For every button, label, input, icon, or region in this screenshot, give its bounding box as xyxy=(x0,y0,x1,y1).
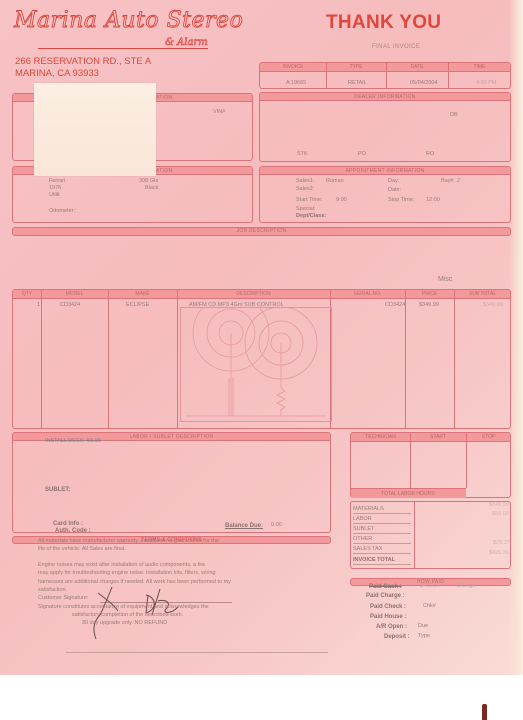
materials-label: MATERIALS xyxy=(353,507,411,514)
balance-due-value: 0.00 xyxy=(271,523,282,529)
labor-total-label: LABOR xyxy=(353,517,411,524)
make-col-header: MAKE xyxy=(108,290,177,298)
bottom-rule xyxy=(66,652,328,653)
paper-edge xyxy=(509,0,523,675)
item-serial: CD3424 xyxy=(385,303,405,309)
paid-charge-label: Paid Charge : xyxy=(366,593,405,599)
terms-line-6: satisfaction. xyxy=(38,588,67,594)
stk-label: STK xyxy=(297,152,308,158)
address-line-2: MARINA, CA 93933 xyxy=(15,68,99,79)
logo-underline xyxy=(38,48,208,49)
paid-cash-value: $425.36 xyxy=(420,584,440,590)
sales1-value: Roman xyxy=(326,179,344,185)
stop-col-header: STOP xyxy=(466,433,511,441)
time-col-header: TIME xyxy=(448,63,511,71)
balance-due-label: Balance Due: xyxy=(225,523,263,529)
company-logo-sub: & Alarm xyxy=(165,37,208,48)
sales-tax-label: SALES TAX xyxy=(353,547,411,554)
job-description-header: JOB DESCRIPTION xyxy=(12,227,511,236)
check-number-label: Chk# xyxy=(423,604,436,610)
appointment-info-header: APPOINTMENT INFORMATION xyxy=(260,167,510,175)
start-time-label: Start Time: xyxy=(296,198,323,204)
vehicle-color: Black xyxy=(145,186,158,192)
change-label: Change xyxy=(456,584,475,590)
bay-value: 2 xyxy=(457,179,460,185)
sublet-label: SUBLET: xyxy=(45,487,70,493)
date-col-header: DATE xyxy=(386,63,448,71)
paid-check-label: Paid Check : xyxy=(370,604,406,610)
deposit-type-label: Type xyxy=(418,634,430,640)
paid-house-label: Paid House : xyxy=(370,614,406,620)
totals-box: MATERIALS $349.99 LABOR $50.00 SUBLET OT… xyxy=(350,501,511,569)
start-col-header: START xyxy=(410,433,466,441)
invoice-col-header: INVOICE xyxy=(260,63,326,71)
dealer-info-header: DEALER INFORMATION xyxy=(260,93,510,101)
terms-line-2: life of the vehicle. All Sales are final… xyxy=(38,547,126,553)
sales2-label: Sales2: xyxy=(296,187,314,193)
terms-line-8: satisfactory completion of the described… xyxy=(72,613,183,619)
special-label: Special: xyxy=(296,207,316,213)
other-total-value: $25.37 xyxy=(493,541,510,547)
description-col-header: DESCRIPTION xyxy=(177,290,330,298)
vehicle-body: Utilit xyxy=(49,193,60,199)
qty-col-header: QTY xyxy=(13,290,41,298)
other-total-label: OTHER xyxy=(353,537,411,544)
type-col-header: TYPE xyxy=(326,63,386,71)
model-col-header: MODEL xyxy=(41,290,108,298)
auth-code-label: Auth. Code : xyxy=(55,528,91,534)
document-type: FINAL INVOICE xyxy=(372,44,420,50)
vehicle-model: 308 Gtx xyxy=(139,179,158,185)
subtotal-col-header: SUB TOTAL xyxy=(454,290,511,298)
stop-time-value: 12:00 xyxy=(426,198,440,204)
total-labor-hours-label: TOTAL LABOR HOURS: xyxy=(351,488,466,498)
invoice-date: 05/04/2004 xyxy=(410,81,438,87)
labor-sublet-box: LABOR / SUBLET DESCRIPTION INSTALL DECK-… xyxy=(12,432,331,533)
vehicle-make: Ferrari xyxy=(49,179,65,185)
terms-line-7: Signature constitutes acceptance of equi… xyxy=(38,605,209,611)
sales-tax-value: $425.36 xyxy=(489,551,509,557)
deposit-label: Deposit : xyxy=(384,634,410,640)
invoice-type: RETAIL xyxy=(348,81,367,87)
stop-time-label: Stop Time: xyxy=(388,198,414,204)
invoice-total-label: INVOICE TOTAL xyxy=(353,558,411,565)
thank-you-title: THANK YOU xyxy=(326,12,441,34)
item-model: CD3424 xyxy=(60,303,80,309)
terms-line-9: 30 day upgrade only. NO REFUND xyxy=(82,621,167,627)
customer-signature-label: Customer Signature: xyxy=(38,596,88,602)
terms-line-3: Engine noises may exist after installati… xyxy=(38,563,205,569)
ro-label: RO xyxy=(426,152,434,158)
misc-label: Misc xyxy=(438,276,452,283)
address-line-1: 266 RESERVATION RD., STE A xyxy=(15,56,151,67)
card-info-label: Card Info : xyxy=(53,521,83,527)
dealer-info-box: DEALER INFORMATION DB STK PO RO xyxy=(259,92,511,162)
ar-open-label: A/R Open : xyxy=(376,624,407,630)
sublet-total-label: SUBLET xyxy=(353,527,411,534)
terms-line-1: All materials have manufacturer warranty… xyxy=(38,539,219,545)
day-label: Day: xyxy=(388,179,399,185)
scan-artifact xyxy=(482,704,487,720)
dept-class-label: Dept/Class: xyxy=(296,214,326,220)
invoice-time: 4:00 PM xyxy=(476,81,496,87)
materials-value: $349.99 xyxy=(489,503,509,509)
start-time-value: 9:00 xyxy=(336,198,347,204)
due-label: Due xyxy=(418,624,428,630)
price-col-header: PRICE xyxy=(405,290,454,298)
antenna-icon xyxy=(181,308,331,421)
odometer-label: Odometer: xyxy=(49,209,75,215)
install-line: INSTALL DECK--50.00 xyxy=(45,439,101,445)
labor-total-value: $50.00 xyxy=(492,512,509,518)
technician-col-header: TECHNICIAN xyxy=(351,433,410,441)
radio-wave-watermark xyxy=(180,307,332,422)
redaction-sticky-note xyxy=(34,83,156,176)
item-qty: 1 xyxy=(37,303,40,309)
dealer-code: DB xyxy=(450,113,458,119)
invoice-number: A 19665 xyxy=(286,81,306,87)
bay-label: Bay# xyxy=(441,179,454,185)
date-label: Date: xyxy=(388,188,401,194)
technician-box: TECHNICIAN START STOP TOTAL LABOR HOURS: xyxy=(350,432,511,498)
po-label: PO xyxy=(358,152,366,158)
sales1-label: Sales1: xyxy=(296,179,314,185)
invoice-info-box: INVOICE TYPE DATE TIME A 19665 RETAIL 05… xyxy=(259,62,511,89)
company-logo: Marina Auto Stereo xyxy=(14,8,243,33)
paid-cash-label: Paid Cash : xyxy=(369,584,402,590)
item-subtotal: $349.99 xyxy=(483,303,503,309)
vehicle-year: 1976 xyxy=(49,186,61,192)
appointment-info-box: APPOINTMENT INFORMATION Sales1: Roman Sa… xyxy=(259,166,511,223)
serial-col-header: SERIAL NO. xyxy=(330,290,405,298)
item-make: ECLIPSE xyxy=(126,303,149,309)
item-price: $349.99 xyxy=(419,303,439,309)
vin-label: VIN# xyxy=(213,110,225,116)
terms-line-4: may apply for troubleshooting engine noi… xyxy=(38,571,216,577)
